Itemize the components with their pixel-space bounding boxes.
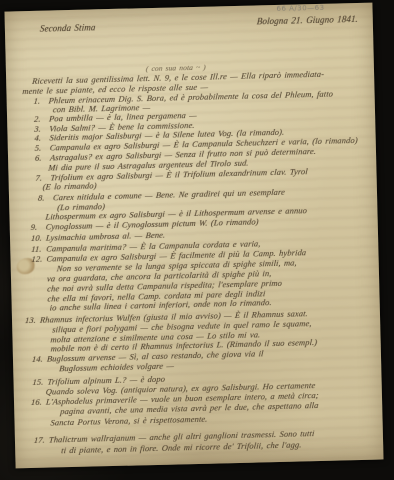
line-number: 17. [34,436,46,445]
manuscript-line: Buglossum echioides volgare — [59,362,175,373]
line-number: 14. [32,355,44,364]
line-text: (E lo rimando) [42,180,97,191]
line-number: 5. [34,144,41,153]
line-number: 11. [31,245,42,254]
manuscript-line: Sancta Portus Verona, si è rispettosamen… [50,415,208,427]
line-number: 1. [33,97,40,106]
line-number: 9. [30,223,37,232]
line-number: 12. [31,255,43,264]
page-header-left: Seconda Stima [40,23,96,33]
line-text: Buglossum echioides volgare — [59,361,175,374]
paper-sheet: 66 A/30—63 Seconda Stima Bologna 21. Giu… [4,3,383,469]
date-line: Bologna 21. Giugno 1841. [256,15,358,26]
line-number: 16. [31,398,43,407]
line-number: 8. [38,194,45,203]
line-number: 13. [25,316,37,325]
line-number: 4. [34,134,41,143]
line-number: 10. [31,234,43,243]
photo-background: 66 A/30—63 Seconda Stima Bologna 21. Giu… [0,0,394,480]
archival-mark: 66 A/30—63 [276,4,324,13]
manuscript-line: (E lo rimando) [42,181,97,191]
line-number: 15. [32,378,44,387]
line-number: 6. [35,154,42,163]
line-number: 7. [35,174,42,183]
line-number: 2. [34,115,41,124]
